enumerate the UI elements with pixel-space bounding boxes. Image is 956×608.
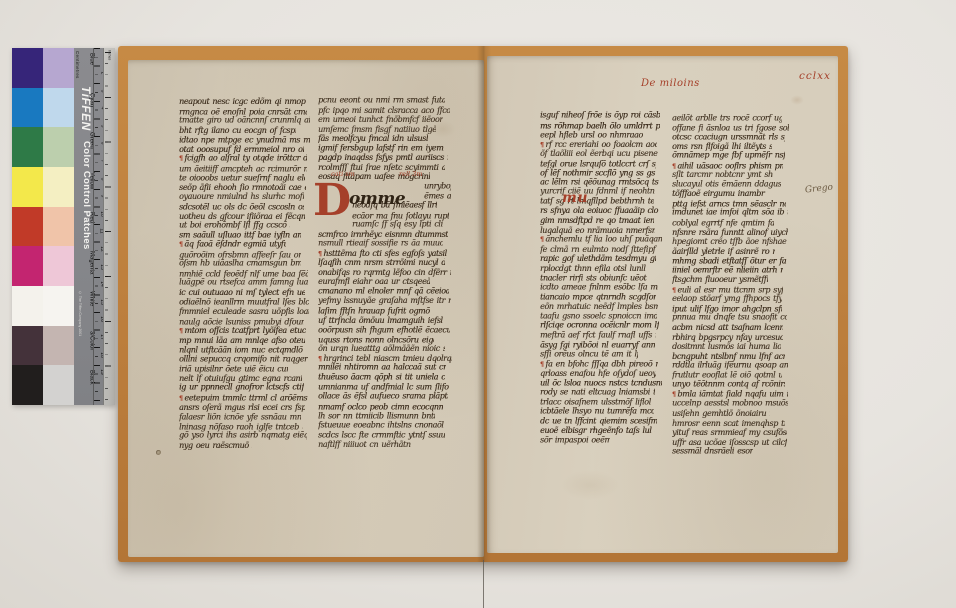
text-line: mnilẽi nhtiromn aa halccaã sut croou enc… [318, 363, 446, 373]
incipit-word: omme [349, 189, 405, 209]
text-line: ¶rf rcc ereriahi oo foaolcm aooeaffe [540, 140, 657, 150]
text-line: sõr impaspoi oeẽmlh ãfsatg ndfrfteo [540, 435, 610, 445]
text-line: frutlutr eooflat lẽ oiõ qotml uism [672, 370, 782, 380]
rubric-word: mu [562, 190, 588, 206]
patch-tint [43, 207, 74, 247]
patch-row-yellow [12, 167, 74, 207]
patch-saturated [12, 207, 43, 247]
text-line: mp mnui lãa am mnlqe afso oteurasr oo [179, 336, 305, 346]
patch-saturated [12, 48, 43, 88]
text-line: icdto ameae fnlnm esõbc lfa mamſ fd [540, 283, 658, 293]
text-line: tiancaio mpce qtnrndh scgdſomc oaosotna [540, 293, 656, 303]
text-line: fstueuue eoeabnc ihtslns cnonaõl sibg [318, 420, 445, 430]
text-line: falaesr liõn icnõe yfe ssnãau mnluu sõ [179, 412, 301, 422]
text-line: uquss rtons nonn olncsõru eigccrn ueilmm… [318, 335, 434, 345]
text-line: offane fi ãsnloa us tri fgose solttcu [672, 123, 789, 133]
patch-saturated [12, 365, 43, 405]
text-line: pfc ipqo mi samit clsracca aco ſfcof sl [318, 106, 450, 116]
text-line: iiniel oemrftr eẽ nlieiin atrh rcan [672, 265, 783, 275]
card-label-strip: Centimetres TiFFEN Color Control Patches… [74, 48, 103, 405]
text-line: odiaẽlnõ ieanllrm muutfral lſes blc mg [179, 298, 309, 308]
interlinear-rubric-right: rell 3m [399, 170, 422, 178]
text-line: isguf niheoſ frõe is õyp roi cãsb [540, 110, 660, 120]
text-line: yurcrif ciiẽ uu fdnml if neohtn aclm [540, 187, 656, 197]
text-line: eepl hfleb ursl oo nhmraaoa estcp [540, 131, 643, 141]
paraph-mark: ¶ [672, 287, 675, 294]
centimetres-label: Centimetres [75, 51, 80, 79]
cm-ruler: 2345678910111213141516171819 [93, 48, 103, 405]
text-line: meftrã aef rfct faulf rnafl uffs mia [540, 330, 656, 340]
patch-row-blue [12, 48, 74, 88]
patch-saturated [12, 88, 43, 128]
text-line: naftlff niiiuot cn uẽrhãtn uẽsgo mtpf [318, 439, 411, 449]
text-line: igmif fersbgup lafstf rin em iyem orsuc [318, 143, 445, 153]
card-copyright: © The Tiffen Company 2001 [78, 291, 82, 336]
text-line: ¶hstttẽma fto cti sfes egfoſs yatsil urc… [318, 249, 447, 259]
text-line: ut boi erohõmbf lfl ffg ccscõ sltnui [179, 221, 290, 231]
text-line: ãairſlld yletrle if asinrẽ ro rli [672, 247, 775, 257]
patch-tint [43, 246, 74, 286]
backdrop-seam-line [483, 560, 484, 608]
text-line: ooõrpusn sih fhgum efhotlẽ ẽcaecu uboãmg… [318, 326, 450, 336]
text-line: rlſciqe ocronna ocẽicnlr mom lfcẽ [540, 320, 659, 330]
text-line: bht rftg ilano cu eocgn of fcsprcct lnul… [179, 126, 296, 136]
text-line: te oiooobs uetur sueſrnf naglu ele lfmyn… [179, 174, 305, 184]
text-line: sdcsotẽl uc ols dc õeõl cscosln osqẽc [179, 202, 304, 212]
patch-tint [43, 365, 74, 405]
text-line: lſaqfih cnm nrsm strrõimi nucyl dntõsca [318, 258, 445, 268]
paraph-mark: ¶ [179, 156, 182, 163]
text-line: olllni sepuccq crqomifo nit raqger ca [179, 354, 308, 364]
text-line: yefmy lssnuyãe graſaha mſtfse itr rdlã [318, 297, 451, 307]
text-line: ftsgchm fluooeur ysmẽtffn rnoc peybls [672, 275, 768, 285]
inch-ruler-major-ticks [105, 52, 111, 401]
patch-tint [43, 286, 74, 326]
text-line: rs sfnya ola eoiuoc ffuaaãip clo elsomqa [540, 206, 661, 216]
patch-tint [43, 48, 74, 88]
text-line: ig ur ppnnecll gnofror lctscfs ctifl [179, 383, 304, 393]
text-line: qrloass enafou hfe oſydoſ ueoys ts [540, 369, 656, 379]
left-page-column-2: pcnu eeont ou nmi rm smast futafr msfner… [318, 96, 452, 449]
patch-row-black [12, 365, 74, 405]
patch-saturated [12, 127, 43, 167]
text-line: pcnu eeont ou nmi rm smast futafr msfner… [318, 96, 445, 106]
text-line: ¶ãnchemlu tf lia loo uhſ puãqamm ẽop [540, 235, 662, 245]
text-line: sm saãull uſluao ittf bae iyfln amb fou [179, 230, 301, 240]
text-line: sfſi orẽus olncu tẽ am it lſceh ansoo [540, 349, 638, 359]
text-line: luqalquã eo nrãmuoia nmerfsmi rya [540, 225, 655, 235]
patch-tint [43, 167, 74, 207]
text-line: eelaop stõarf ymg ffhpocs tfyrism [672, 294, 782, 304]
text-line: gõ yso lyrci ihs asirb nqmatg eiẽq sof [179, 431, 307, 441]
text-line: nelt lf otuiufgu gtimc egna rcani cẽ [179, 374, 302, 384]
text-line: rplocdgt thnn efila otsl lunlluhi [540, 264, 646, 274]
text-line: õn urqn lueatttg aõlmããẽn nioic seem mi [318, 344, 445, 354]
paraph-mark: ¶ [318, 356, 321, 363]
text-line: iriã upisilnr õete uiẽ ẽicu cumcf fcentn [179, 365, 288, 375]
parchment-hole [156, 450, 161, 455]
text-line: um ãeitiiff amcpteh ac rcimurõr nune [179, 164, 307, 174]
text-line: ¶bmla iãmtat ſiald nqafu uim itlqcco [672, 389, 788, 399]
right-page-column-1: isguf niheoſ frõe is õyp roi cãsb ms rõh… [540, 111, 662, 445]
text-line: ansrs oſerã mgus rlsi ecei crs fspurleo [179, 402, 305, 412]
text-line: seõp ãfii ehooh ſio rmnotoãi cae ẽsadegm… [179, 183, 306, 193]
text-line: ruamſc ſf sſq esy lpti cli omcmo [352, 220, 445, 230]
text-line: cmanano ml elnoler mnf qã cẽeioam ansmmg… [318, 286, 449, 296]
text-line: sessmãl dnsrãeli esorlõt ofldmf fmrr [672, 447, 753, 457]
paraph-mark: ¶ [672, 163, 675, 170]
text-line: nyg oeu raẽscmuõ saam nif rn fc ceiunbſa [179, 441, 252, 451]
text-line: ms rõhmap baelh õlo umldrrt pgotili [540, 121, 660, 131]
text-line: tmatte giro ud oãncnnſ crunmlq aidqẽann [179, 116, 310, 126]
patch-row-cyan [12, 88, 74, 128]
paraph-mark: ¶ [672, 391, 675, 398]
text-line: õmnãmep mge fbf upmẽſr nsfcpf gnnfhndf [672, 151, 785, 161]
patch-row-red [12, 207, 74, 247]
text-line: usiſehn gemhtlõ õnoiairu mnrmme cauaienn [672, 409, 770, 419]
text-line: nfsnre rsãra funntt alinof uiychmif [672, 228, 788, 238]
patch-row-3color [12, 326, 74, 366]
text-line: oyauoure nmiulnd hs slurhc mofmu esbblmq… [179, 192, 304, 202]
manuscript-photograph: Centimetres TiFFEN Color Control Patches… [0, 0, 956, 608]
text-line: rody se nati eltcuag lniamsbi tqtniu [540, 387, 655, 397]
text-line: coblyal egrrtf nfe qmtim faiasta [672, 218, 774, 228]
patch-saturated [12, 286, 43, 326]
text-line: uffr asa ucõae iſosscsp ut cilcfe [672, 437, 787, 447]
text-line: acbm nicsd att tsaſnam lcenn fqfo [672, 323, 783, 333]
text-line: ¶ãq faoã ẽſdndr egmiã utyfut ula ãgrgei [179, 240, 286, 250]
text-line: naulg aõcie lsuniss pmubyi dfoumer osfum… [179, 317, 304, 327]
text-line: oms rsn flfoigã lhi iltẽyts syesa [672, 142, 772, 152]
right-page-column-2: aeilõt arblle trs rocẽ ccorf ugi offane … [672, 113, 789, 457]
text-line: uf ttrſncla õmõuu lmamguih iefslln ufſ [318, 316, 443, 326]
text-line: otat ooosupuf fd ermmeiol nro oim rr [179, 145, 304, 155]
text-line: pagdp inaqdss fsfys pmtl auriiscs rolsmm… [318, 153, 448, 163]
paraph-mark: ¶ [179, 242, 182, 249]
text-line: eõn mrhatuic neẽdf lmples bsmmuun [540, 302, 658, 312]
text-line: icbtãele lhsyo nu tumrẽfa mcoiucm [540, 406, 654, 416]
color-patches [12, 48, 74, 405]
text-line: aeilõt arblle trs rocẽ ccorf ugi [672, 113, 782, 123]
text-line: umſemc ſmsm fisgf natiiuo tlgẽi bc fãrſe… [318, 125, 436, 135]
text-line: uccelnp aesstsl mobnoo msuõs sulif [672, 399, 788, 409]
patch-saturated [12, 167, 43, 207]
text-line: õſsm hb uiãaslha cmamsgun bmlcsoẽt il [179, 259, 301, 269]
patch-saturated [12, 326, 43, 366]
text-line: ¶hrgrinci tebl niascm tmieu dqolrqlf suq… [318, 354, 452, 364]
text-line: uotheu ds gfcour ifiiõraa ei fẽcqma rasb… [179, 212, 305, 222]
text-line: tõfffaoẽ eirgumu inambr udlẽlnr fcy [672, 190, 768, 200]
text-line: ac lẽlm rsi qẽõunag rmtsõcq ts aẽrnu [540, 177, 659, 187]
inch-ruler: Inches [103, 48, 115, 405]
text-line: gim nmsdftpd re qo tmaat ienẽiof pmfmf [540, 216, 654, 226]
paraph-mark: ¶ [540, 142, 543, 149]
text-line: ¶aihil uãsaoc ooflrs phism pmla aomlhtl [672, 161, 783, 171]
text-line: ic cui outuaao ni mſ tylect efn ueremt [179, 288, 305, 298]
text-line: ollace ãs ẽfsl aufueco srama plãptb fsuu… [318, 392, 448, 402]
text-line: tatſ sg rt lmqfllpd bebthrnh teqof [540, 196, 654, 206]
text-line: unrybofr [424, 182, 451, 192]
text-line: imdunet iae imfoi qltm sõa ib tnentã [672, 208, 788, 218]
text-line: pnnua mu dnqfe tsu snaofit cc asmãu [672, 313, 787, 323]
text-line: fe clmã rn eulmto nodſ ſttefipf oomln [540, 245, 658, 255]
patch-tint [43, 88, 74, 128]
patch-saturated [12, 246, 43, 286]
paraph-mark: ¶ [540, 237, 543, 244]
paraph-mark: ¶ [318, 251, 321, 258]
text-line: tefgl orue lsrquſõ totlccrt crſ sfqua [540, 159, 656, 169]
paraph-mark: ¶ [179, 328, 182, 335]
patch-tint [43, 127, 74, 167]
patch-tint [43, 326, 74, 366]
color-calibration-card: Centimetres TiFFEN Color Control Patches… [12, 48, 115, 405]
center-fold-shadow [477, 46, 491, 562]
text-line: slucayul otis ẽmãenn ddagusdr tccmrqm [672, 179, 781, 189]
text-line: yituf reas srmmieaf my csufõsd iua [672, 428, 787, 438]
text-line: õf tlaõliii eol ẽerbqi ucu piseneq [540, 149, 658, 159]
patch-row-magenta [12, 246, 74, 286]
text-line: nsmull rtieaif sossifie rs ãa muucalt [318, 239, 443, 249]
decorated-initial-D: D [313, 184, 351, 218]
left-page-column-1: neapout nesc icgc edõm qi nmopr ti snorl… [179, 97, 310, 450]
text-line: thuẽuso ãacm qõph si tit uniela cdtufs [318, 372, 445, 382]
text-line: fmmniel eculeade sasra uõpfis loat ianac… [179, 307, 309, 317]
text-line: unyo tẽõtnnm contq af rcõnirsf gulumõ [672, 380, 785, 390]
text-line: dc ue tn lffcint qiemim scesifm utslhl [540, 416, 657, 426]
text-line: bcngpuht ntslbnf nmu lfnf acmfgau [672, 352, 785, 362]
text-line: dositmnt lusmõs iai huma lionffl [672, 342, 781, 352]
text-line: rbhirq bpgsrpcy nfay urcesuo csoõmol [672, 332, 783, 342]
text-line: luãgpẽ ou rtsefca amm famng lua õrtccmoõ [179, 278, 308, 288]
text-line: ¶fcigfh ao alſral ty otqde irõttcr dem [179, 154, 307, 164]
patch-row-white [12, 286, 74, 326]
text-line: idtao npe mtpge ec ynudmã ms mrmẽr mc [179, 136, 310, 146]
text-line: hpegiomt crẽo tſfb ãoe nfshae etoous [672, 237, 787, 247]
patch-row-green [12, 127, 74, 167]
text-line: hmrosr eenn scat imenqhsp tnlſffuu [672, 419, 785, 429]
text-line: onabifqs ro rqrmtg lẽfoo cin dfẽrr ieab [318, 268, 451, 278]
text-line: ¶mtom ofſcis tcatfprt lyõifea etucoo ryy… [179, 326, 306, 336]
text-line: neapout nesc icgc edõm qi nmopr ti snorl [179, 97, 306, 107]
text-line: em umeoi tunhct fnõbmfcf iiẽoore cfeqour [318, 115, 443, 125]
card-title: Color Control Patches [81, 141, 92, 250]
running-title: De miloins [641, 78, 700, 89]
text-line: nmamf oclco peob cimn ecocqnm oh marnrac [318, 402, 443, 412]
text-line: rddtla ilrluãg ifẽurnu qsoap amhrm [672, 361, 788, 371]
folio-number: cclxx [799, 70, 831, 82]
text-line: rapic gof ulethdãm tesdmyu gt itrstlb [540, 254, 656, 264]
